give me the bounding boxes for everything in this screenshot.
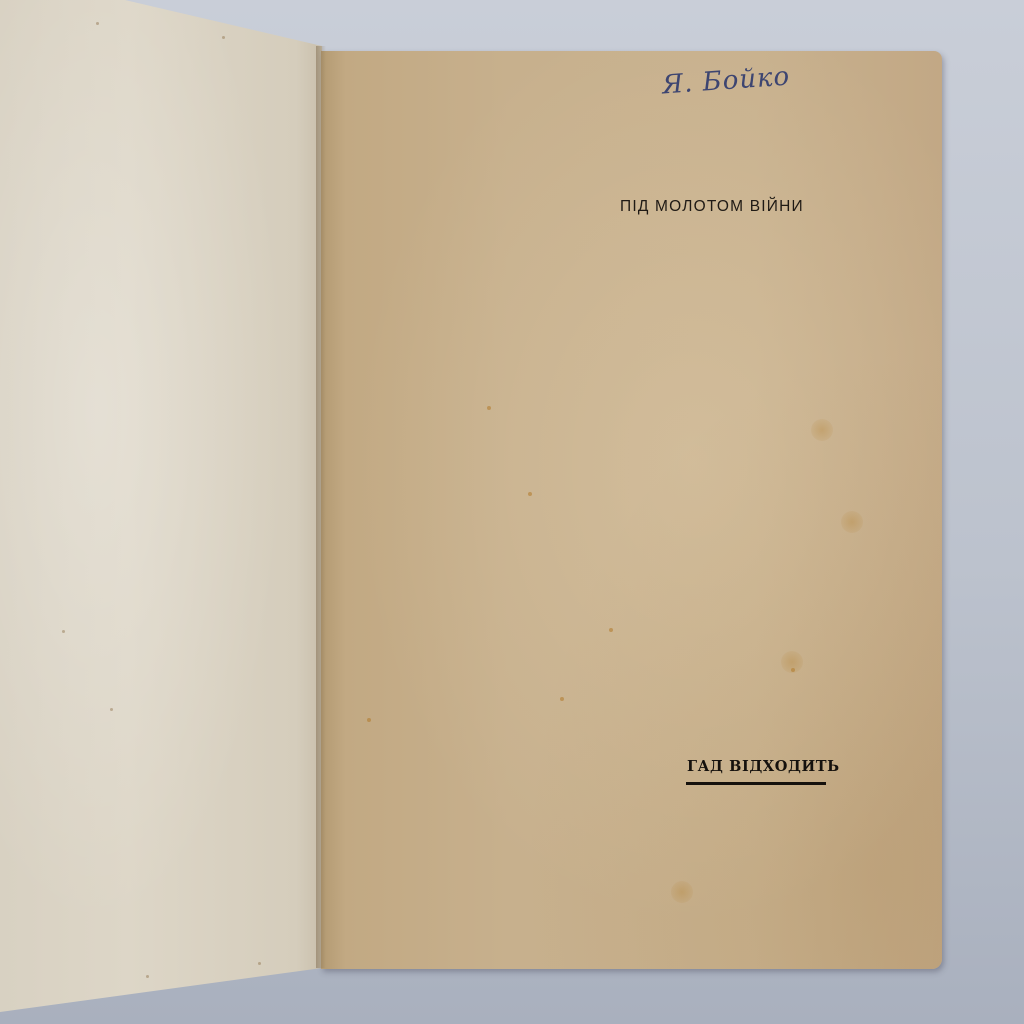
left-blank-page [0, 0, 322, 1024]
photo-scene: Я. Бойко ПІД МОЛОТОМ ВІЙНИ ГАД ВІДХОДИТЬ [0, 0, 1024, 1024]
book-title: ГАД ВІДХОДИТЬ [687, 758, 840, 775]
paper-speck [222, 36, 225, 39]
paper-speck [146, 975, 149, 978]
paper-speck [367, 718, 371, 722]
right-title-page [321, 51, 942, 969]
paper-speck [609, 628, 613, 632]
foxing-spot [811, 419, 833, 441]
foxing-spot [841, 511, 863, 533]
series-title: ПІД МОЛОТОМ ВІЙНИ [620, 198, 804, 216]
paper-speck [258, 962, 261, 965]
paper-speck [528, 492, 532, 496]
foxing-spot [671, 881, 693, 903]
book-gutter [316, 46, 326, 968]
paper-speck [62, 630, 65, 633]
paper-speck [96, 22, 99, 25]
paper-speck [110, 708, 113, 711]
title-underline-rule [686, 782, 826, 785]
foxing-spot [781, 651, 803, 673]
paper-speck [560, 697, 564, 701]
paper-speck [487, 406, 491, 410]
